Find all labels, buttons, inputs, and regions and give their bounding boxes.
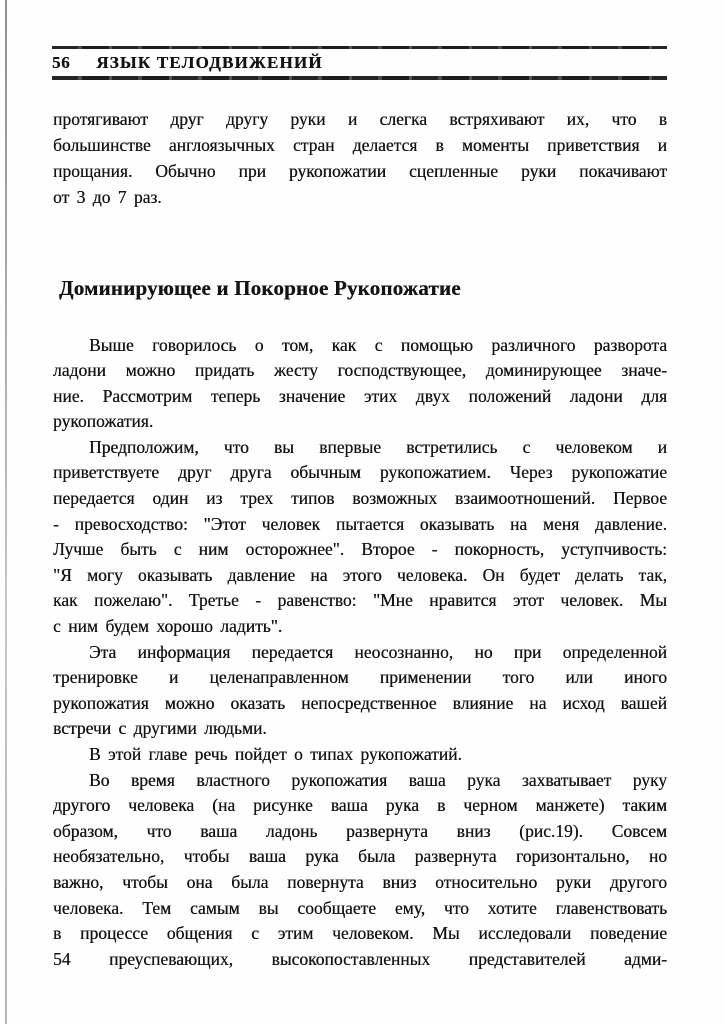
text-line: необязательно, чтобы ваша рука была разв… [53, 844, 667, 870]
text-line: рукопожатия. [53, 409, 667, 435]
text-line: "Я могу оказывать давление на этого чело… [53, 563, 667, 589]
text-line: приветствуете друг друга обычным рукопож… [53, 460, 667, 486]
text-line: ние. Рассмотрим теперь значение этих дву… [53, 384, 667, 410]
header-row: 56 ЯЗЫК ТЕЛОДВИЖЕНИЙ [52, 49, 667, 76]
text-line: Эта информация передается неосознанно, н… [53, 640, 667, 666]
paragraph-chapter-topic: В этой главе речь пойдет о типах рукопож… [53, 742, 667, 768]
text-line: В этой главе речь пойдет о типах рукопож… [53, 742, 667, 768]
page-header: 56 ЯЗЫК ТЕЛОДВИЖЕНИЙ [52, 46, 667, 80]
text-line: Предположим, что вы впервые встретились … [53, 435, 667, 461]
text-line: образом, что ваша ладонь развернута вниз… [53, 819, 667, 845]
book-page-scan: 56 ЯЗЫК ТЕЛОДВИЖЕНИЙ протягивают друг др… [0, 0, 724, 1024]
paragraph-palm-positions: Выше говорилось о том, как с помощью раз… [53, 333, 667, 435]
paragraph-three-attitudes: Предположим, что вы впервые встретились … [53, 435, 667, 640]
text-block: протягивают друг другу руки и слегка вст… [53, 106, 667, 973]
text-line: передается один из трех типов возможных … [53, 486, 667, 512]
text-line: тренировке и целенаправленном применении… [53, 665, 667, 691]
text-line: в процессе общения с этим человеком. Мы … [53, 921, 667, 947]
text-line: встречи с другими людьми. [53, 716, 667, 742]
header-rule-bottom [52, 76, 667, 80]
text-line: прощания. Обычно при рукопожатии сцеплен… [53, 158, 667, 184]
text-line: 54 преуспевающих, высокопоставленных пре… [53, 947, 667, 973]
page-number: 56 [52, 53, 70, 73]
running-title: ЯЗЫК ТЕЛОДВИЖЕНИЙ [96, 53, 323, 73]
paragraph-unconscious-information: Эта информация передается неосознанно, н… [53, 640, 667, 742]
scan-edge-line [5, 0, 7, 1024]
text-line: Выше говорилось о том, как с помощью раз… [53, 333, 667, 359]
text-line: с ним будем хорошо ладить". [53, 614, 667, 640]
text-line: протягивают друг другу руки и слегка вст… [53, 106, 667, 132]
text-line: как пожелаю". Третье - равенство: "Мне н… [53, 588, 667, 614]
text-line: большинстве англоязычных стран делается … [53, 132, 667, 158]
paragraph-dominant-handshake: Во время властного рукопожатия ваша рука… [53, 768, 667, 973]
text-line: от 3 до 7 раз. [53, 184, 667, 210]
paragraph-intro-continuation: протягивают друг другу руки и слегка вст… [53, 106, 667, 210]
text-line: рукопожатия можно оказать непосредственн… [53, 691, 667, 717]
text-line: важно, чтобы она была повернута вниз отн… [53, 870, 667, 896]
section-heading: Доминирующее и Покорное Рукопожатие [53, 273, 667, 303]
text-line: человека. Тем самым вы сообщаете ему, чт… [53, 896, 667, 922]
text-line: - превосходство: "Этот человек пытается … [53, 512, 667, 538]
text-line: Лучше быть с ним осторожнее". Второе - п… [53, 537, 667, 563]
text-line: Во время властного рукопожатия ваша рука… [53, 768, 667, 794]
text-line: другого человека (на рисунке ваша рука в… [53, 793, 667, 819]
text-line: ладони можно придать жесту господствующе… [53, 358, 667, 384]
